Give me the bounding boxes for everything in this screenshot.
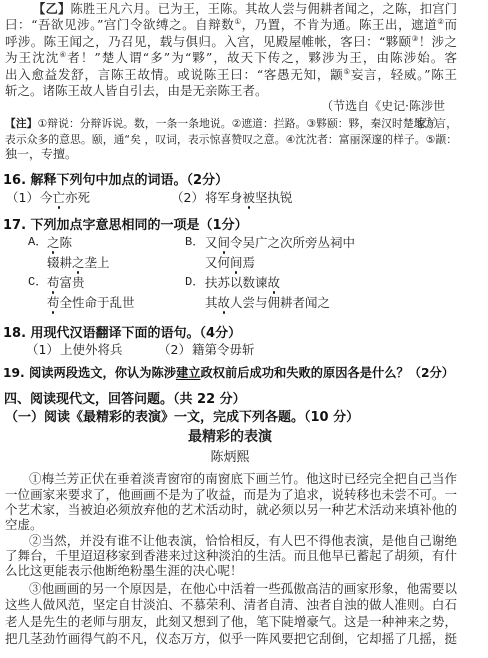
emphasis-dot-char: 之 — [47, 234, 60, 251]
article-title: 最精彩的表演 — [0, 429, 460, 446]
question-title: 17. 下列加点字意思相同的一项是（1分） — [3, 217, 463, 234]
emphasis-dot-char: 之 — [72, 254, 85, 271]
paragraph-line: 空虚。 — [5, 516, 457, 533]
underlined-text: 建立 — [176, 366, 201, 380]
option-d-line-1: 扶苏以数谏故 — [205, 274, 280, 291]
passage-line: 斩之。诸陈王故人皆自引去，由是无亲陈王者。 — [5, 82, 457, 99]
option-a-line-1: 之陈 — [47, 234, 72, 251]
footnote-marker: ⑤ — [343, 67, 350, 76]
emphasis-dot-char: 间 — [218, 234, 231, 251]
note-line: 独一，专擅。 — [5, 146, 457, 163]
option-d-label: D． — [185, 274, 204, 291]
item-text: 上使外将兵 — [60, 341, 123, 358]
option-a-label: A． — [28, 234, 47, 251]
option-b-label: B． — [185, 234, 204, 251]
option-a-line-2: 辍耕之垄上 — [47, 254, 110, 271]
emphasis-dot-char: 亡 — [53, 189, 66, 206]
passage-line: 曰：“吾欲见涉。”宫门令欲缚之。自辩数①，乃置，不肯为通。陈王出，遮道②而 — [5, 16, 457, 33]
item-label: （2） — [171, 189, 204, 206]
subsection-heading: （一）阅读《最精彩的表演》一文，完成下列各题。（10 分） — [5, 409, 465, 426]
option-b-line-2: 又何间焉 — [205, 254, 255, 271]
paragraph-line: 老人是先生的老师与朋友，此刻又想到了他，笔下陡增豪气。这是一种神来之势， — [5, 613, 457, 630]
footnote-marker: ② — [437, 17, 444, 26]
option-b-line-1: 又间令吴广之次所旁丛祠中 — [205, 234, 355, 251]
passage-line: 为王沈沈④者！”楚人谓“多”为“夥”，故天下传之，夥涉为王，由陈涉始。客 — [5, 49, 457, 66]
footnote-marker: ③ — [412, 34, 419, 43]
option-c-line-2: 苟全性命于乱世 — [47, 294, 135, 311]
emphasis-dot-char: 被 — [243, 189, 256, 206]
item-text: 籍第令毋斩 — [192, 341, 255, 358]
option-c-label: C． — [28, 274, 47, 291]
item-label: （1） — [26, 341, 59, 358]
option-c-line-1: 苟富贵 — [47, 274, 85, 291]
passage-line: 呼涉。陈王闻之，乃召见，载与俱归。入宫，见殿屋帷帐，客曰：“夥颐③！涉之 — [5, 33, 457, 50]
paragraph-line: 把几茎劲竹画得气韵不凡，仪态万方，似乎一阵风要把它刮倒，它却摇了几摇，挺 — [5, 630, 457, 647]
section-heading: 四、阅读现代文，回答问题。（共 22 分） — [4, 391, 464, 408]
paragraph-line: ①梅兰芳正伏在垂着淡青窗帘的南窗底下画兰竹。他这时已经完全把自己当作 — [29, 470, 457, 487]
emphasis-dot-char: 苟 — [47, 294, 60, 311]
item-text: 将军身被坚执锐 — [205, 189, 293, 206]
item-text: 今亡亦死 — [40, 189, 90, 206]
question-title: 18. 用现代汉语翻译下面的语句。（4分） — [3, 325, 463, 342]
note-line: 【注】①辩说：分辩诉说。数，一条一条地说。②遮道：拦路。③夥颐：夥，秦汉时楚地方… — [5, 115, 457, 132]
passage-line: 出入愈益发舒，言陈王故情。或说陈王曰：“客愚无知，颛⑤妄言，轻威。”陈王 — [5, 66, 457, 83]
emphasis-dot-char: 苟 — [47, 274, 60, 291]
bold-bracket-label: 【注】 — [5, 117, 38, 130]
article-author: 陈炳熙 — [0, 449, 460, 466]
question-19-title: 19. 阅读两段选文，你认为陈涉建立政权前后成功和失败的原因各是什么？（2分） — [3, 365, 461, 382]
footnote-marker: ① — [234, 17, 241, 26]
paragraph-line: 么比这更能表示他断绝粉墨生涯的决心呢！ — [5, 562, 457, 579]
emphasis-dot-char: 故 — [268, 274, 281, 291]
emphasis-dot-char: 故 — [218, 294, 231, 311]
question-title: 16. 解释下列句中加点的词语。（2分） — [3, 172, 463, 189]
footnote-marker: ④ — [59, 50, 67, 59]
paragraph-line: 这些人做风范，坚定自甘淡泊、不慕荣利、清者自清、浊者自浊的做人准则。白石 — [5, 596, 457, 613]
emphasis-dot-char: 间 — [230, 254, 243, 271]
paragraph-line: ③他画画的另一个原因是，在他心中活着一些孤傲高洁的画家形象，他需要以 — [29, 580, 457, 597]
item-label: （1） — [6, 189, 39, 206]
option-d-line-2: 其故人尝与佣耕者闻之 — [205, 294, 330, 311]
item-label: （2） — [158, 341, 191, 358]
bold-bracket-label: 【乙】 — [33, 1, 70, 16]
